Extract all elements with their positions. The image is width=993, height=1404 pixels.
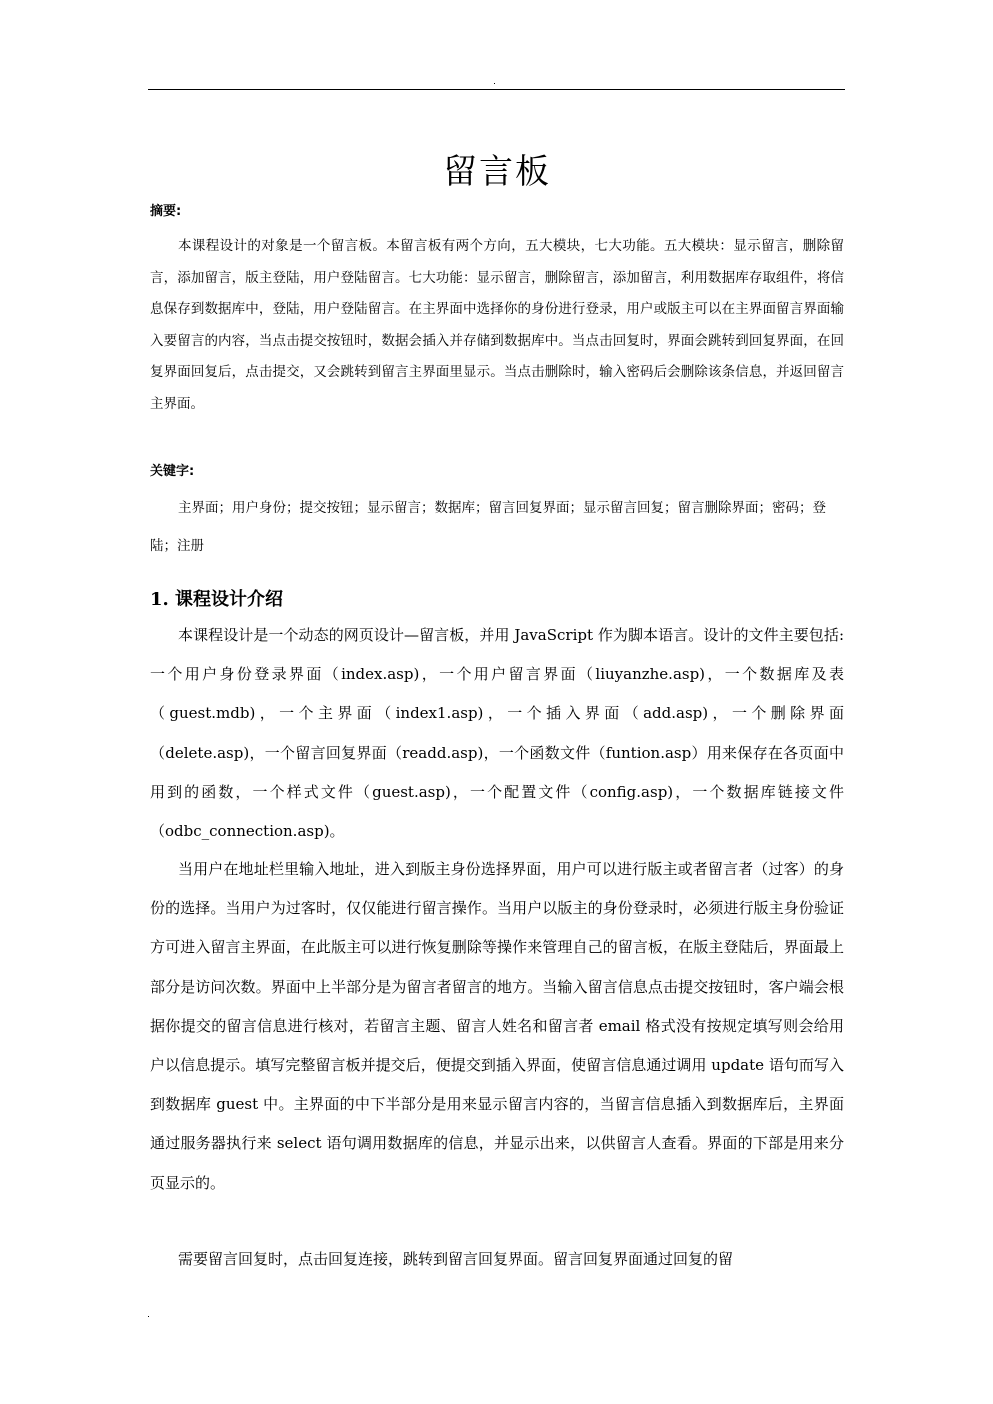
header-mark — [494, 83, 495, 84]
header-rule — [148, 89, 845, 90]
paragraph: 本课程设计是一个动态的网页设计—留言板，并用 JavaScript 作为脚本语言… — [150, 616, 844, 851]
section-heading: 1. 课程设计介绍 — [150, 586, 283, 614]
abstract-text: 本课程设计的对象是一个留言板。本留言板有两个方向，五大模块，七大功能。五大模块：… — [150, 231, 844, 420]
keywords-text: 主界面；用户身份；提交按钮；显示留言；数据库；留言回复界面；显示留言回复；留言删… — [150, 489, 844, 565]
paragraph: 当用户在地址栏里输入地址，进入到版主身份选择界面，用户可以进行版主或者留言者（过… — [150, 850, 844, 1203]
keywords-label: 关键字: — [150, 463, 194, 481]
footer-mark — [148, 1316, 149, 1317]
document-title: 留言板 — [150, 150, 844, 194]
abstract-label: 摘要: — [150, 203, 181, 221]
paragraph: 需要留言回复时，点击回复连接，跳转到留言回复界面。留言回复界面通过回复的留 — [150, 1240, 844, 1279]
